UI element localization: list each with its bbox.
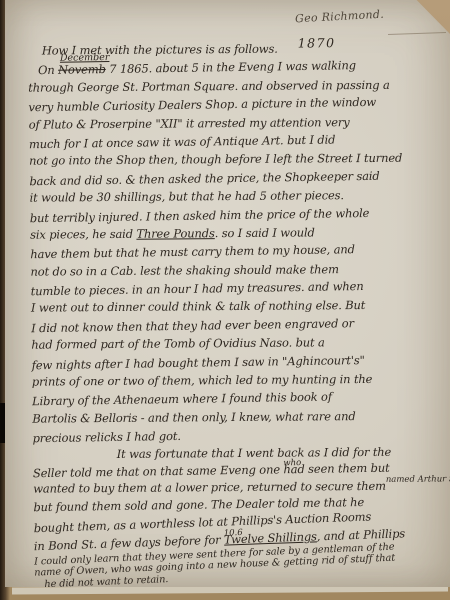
line-text: Seller told me that on that same Eveng o… (33, 462, 284, 480)
line-text: On (38, 63, 58, 77)
inserted-word: December (60, 49, 110, 68)
line-text: through George St. Portman Square. and o… (28, 78, 389, 95)
manuscript-page: Geo Richmond. How I met with the picture… (5, 0, 450, 587)
manuscript-photo: Geo Richmond. How I met with the picture… (0, 0, 450, 600)
line-text: had formed part of the Tomb of Ovidius N… (31, 336, 324, 352)
line-text: . so I said I would (215, 225, 315, 240)
underlined-price: Three Pounds (136, 226, 214, 241)
line-text: I went out to dinner could think & talk … (31, 298, 365, 315)
corrected-word: DecemberNovemb (58, 60, 106, 79)
line-text: not go into the Shop then, though before… (29, 151, 402, 168)
line-text: precious relicks I had got. (32, 429, 180, 445)
line-text: I did not know then that they had ever b… (31, 316, 354, 335)
year-annotation: 1870 (298, 34, 336, 53)
line-text: have them but that he must carry them to… (30, 242, 355, 261)
line-text: prints of one or two of them, which led … (32, 372, 373, 389)
line-text: not do so in a Cab. lest the shaking sho… (30, 262, 338, 278)
line-text: of Pluto & Proserpine "XII" it arrested … (29, 115, 350, 132)
pencil-mark (388, 32, 446, 35)
manuscript-text: How I met with the pictures is as follow… (28, 37, 450, 585)
signature: Geo Richmond. (295, 8, 385, 26)
line-text: back and did so. & then asked the price,… (29, 169, 379, 188)
line-text: very humble Curiosity Dealers Shop. a pi… (28, 95, 376, 114)
line-text: but terribly injured. I then asked him t… (30, 205, 370, 224)
line-text: wanted to buy them at a lower price, ret… (33, 479, 386, 496)
line-text: much for I at once saw it was of Antique… (29, 132, 336, 151)
line-text: Library of the Athenaeum where I found t… (32, 390, 332, 409)
line-text: it would be 30 shillings, but that he ha… (30, 188, 344, 204)
line-text: 7 1865. about 5 in the Eveng I was walki… (106, 59, 356, 77)
line-text: few nights after I had bought them I saw… (32, 353, 365, 372)
line-text: six pieces, he said (30, 227, 136, 242)
line-text: Bartolis & Belloris - and then only, I k… (32, 409, 355, 426)
line-text: It was fortunate that I went back as I d… (117, 444, 392, 460)
line-text: , and at Phillips (317, 526, 406, 543)
